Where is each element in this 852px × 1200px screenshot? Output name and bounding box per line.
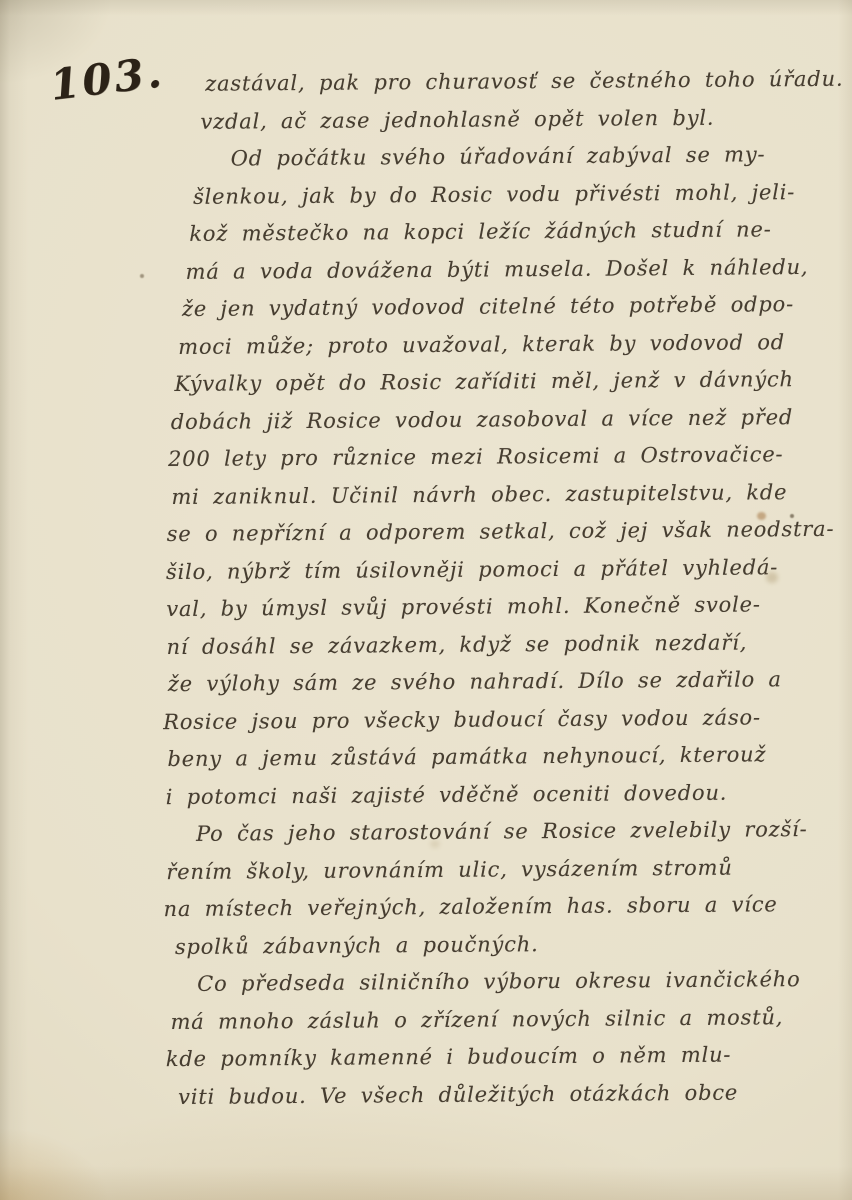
manuscript-line: mi zaniknul. Učinil návrh obec. zastupit… [171, 473, 852, 516]
manuscript-line: na místech veřejných, založením has. sbo… [163, 886, 852, 929]
paper-stain [790, 514, 794, 518]
manuscript-line: Kývalky opět do Rosic zaříditi měl, jenž… [174, 361, 852, 404]
paper-stain [140, 274, 144, 278]
manuscript-line: dobách již Rosice vodou zasoboval a více… [171, 398, 852, 441]
manuscript-line: val, by úmysl svůj provésti mohl. Konečn… [166, 586, 852, 629]
manuscript-line: má mnoho zásluh o zřízení nových silnic … [170, 998, 852, 1041]
manuscript-line: Co předseda silničního výboru okresu iva… [197, 961, 852, 1004]
manuscript-line: i potomci naši zajisté vděčně oceniti do… [166, 773, 852, 816]
manuscript-line: kde pomníky kamenné i budoucím o něm mlu… [166, 1036, 852, 1079]
manuscript-line: viti budou. Ve všech důležitých otázkách… [178, 1073, 852, 1116]
manuscript-line: Od počátku svého úřadování zabýval se my… [231, 136, 852, 178]
manuscript-page: 103. zastával, pak pro churavosť se čest… [0, 0, 852, 1200]
manuscript-line: Po čas jeho starostování se Rosice zvele… [196, 811, 852, 854]
paper-stain [766, 572, 778, 583]
manuscript-line: šilo, nýbrž tím úsilovněji pomoci a přát… [166, 548, 852, 591]
manuscript-line: že jen vydatný vodovod citelné této potř… [182, 286, 852, 329]
manuscript-line: řením školy, urovnáním ulic, vysázením s… [166, 848, 852, 891]
manuscript-line: beny a jemu zůstává památka nehynoucí, k… [167, 736, 852, 779]
manuscript-line: moci může; proto uvažoval, kterak by vod… [178, 323, 852, 366]
manuscript-line: Rosice jsou pro všecky budoucí časy vodo… [163, 698, 852, 741]
paper-stain [430, 840, 440, 848]
paper-stain [757, 512, 766, 520]
manuscript-line: 200 lety pro různice mezi Rosicemi a Ost… [168, 436, 852, 479]
manuscript-line: má a voda dovážena býti musela. Došel k … [185, 248, 852, 291]
manuscript-line: vzdal, ač zase jednohlasně opět volen by… [200, 98, 852, 141]
manuscript-line: šlenkou, jak by do Rosic vodu přivésti m… [193, 173, 852, 216]
manuscript-line: ní dosáhl se závazkem, když se podnik ne… [166, 623, 852, 666]
manuscript-line: spolků zábavných a poučných. [175, 923, 852, 966]
manuscript-line: se o nepřízní a odporem setkal, což jej … [167, 511, 852, 554]
manuscript-text: zastával, pak pro churavosť se čestného … [0, 61, 852, 1118]
manuscript-line: že výlohy sám ze svého nahradí. Dílo se … [168, 661, 852, 704]
manuscript-line: kož městečko na kopci ležíc žádných stud… [189, 211, 852, 254]
manuscript-line: zastával, pak pro churavosť se čestného … [205, 61, 852, 104]
